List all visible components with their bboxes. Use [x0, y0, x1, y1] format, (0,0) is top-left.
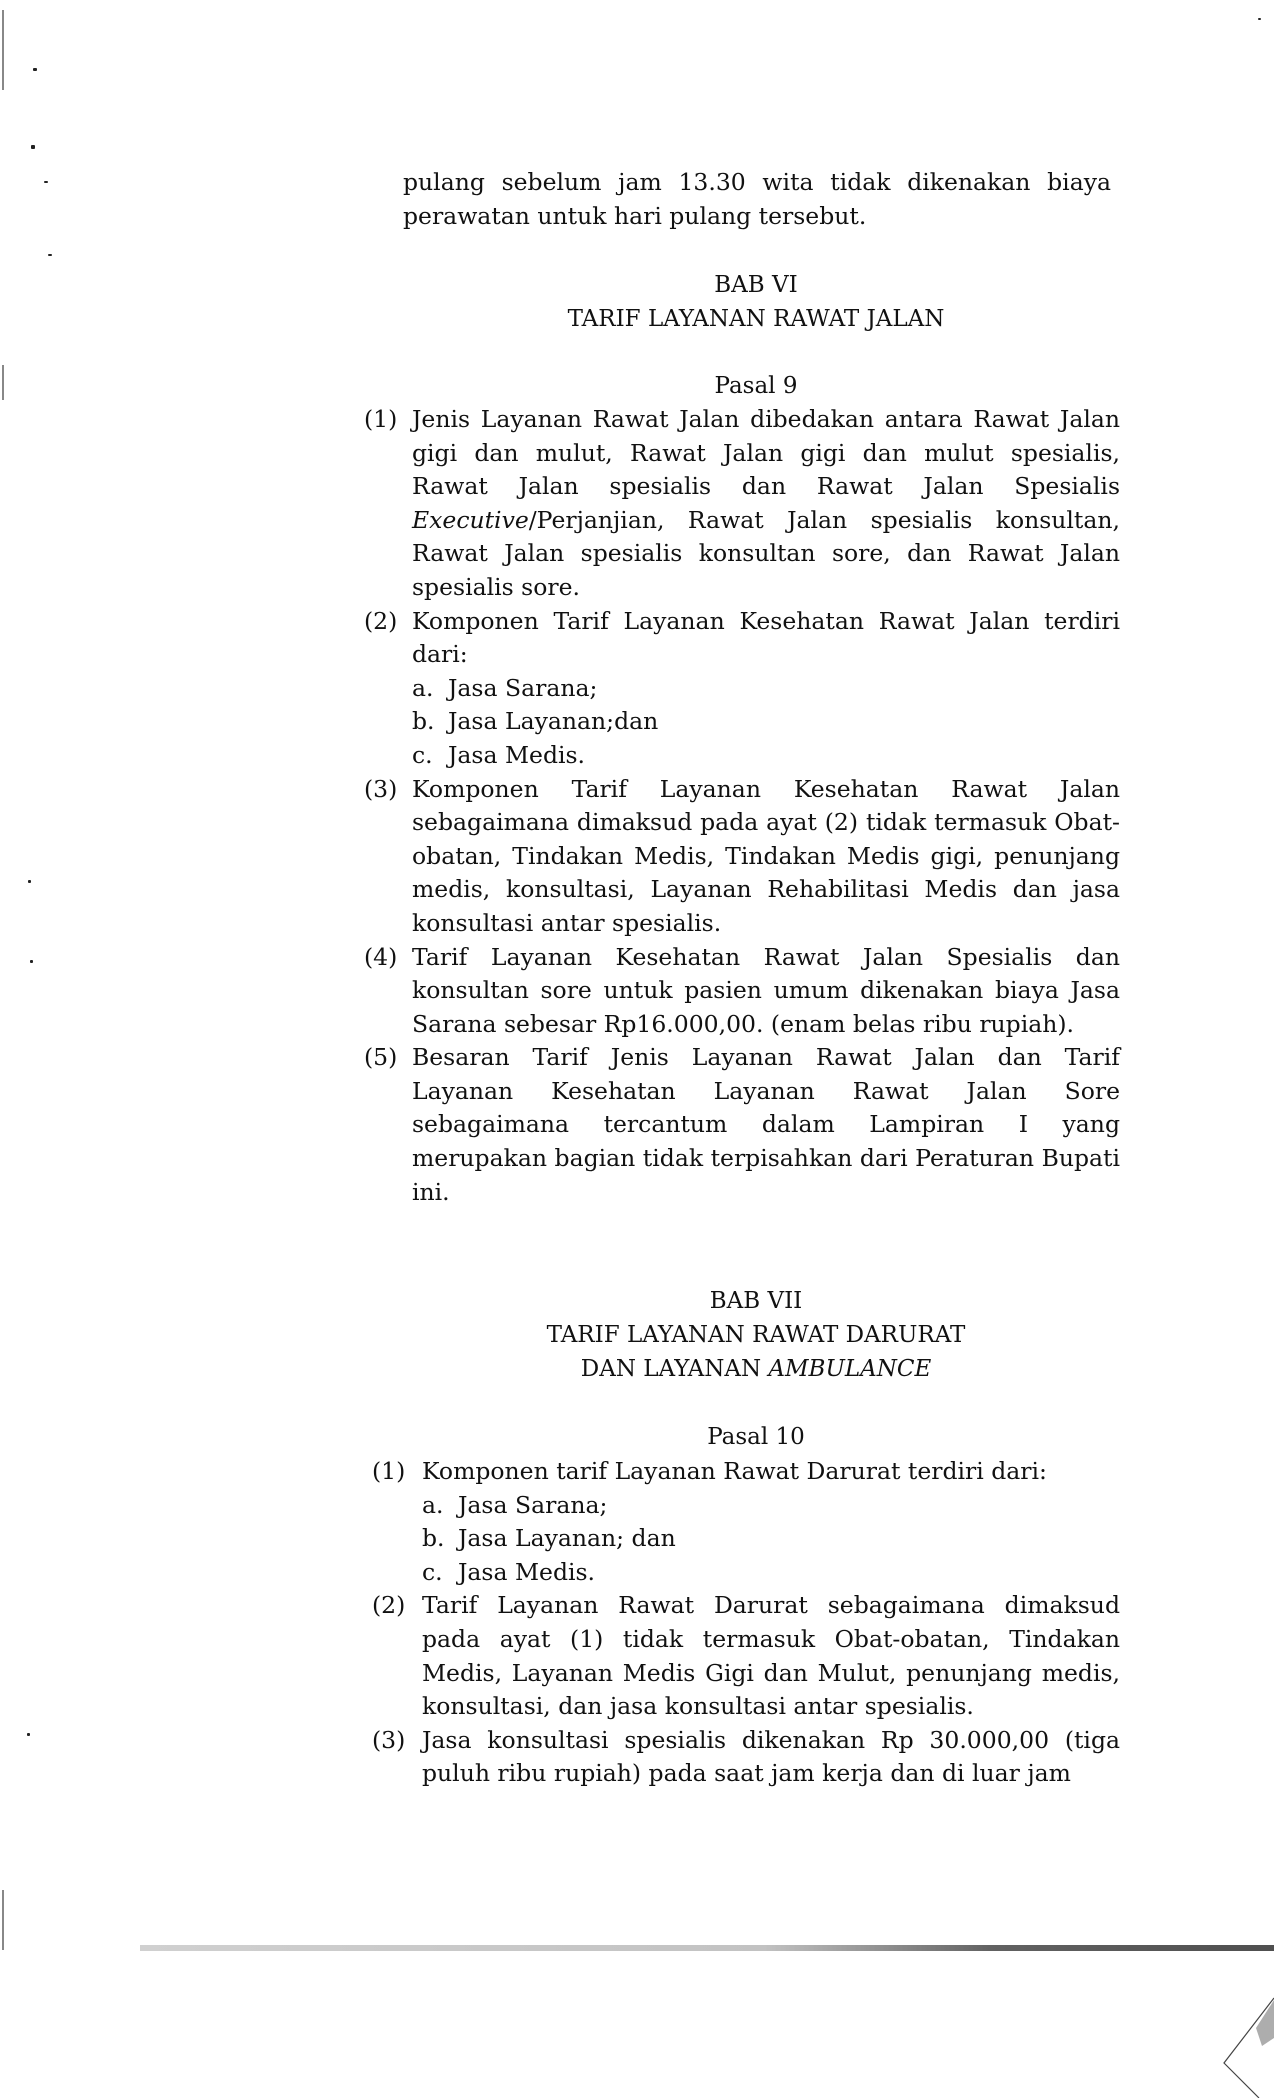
clause-number: (2): [372, 1589, 422, 1623]
article-10-clauses: (1) Komponen tarif Layanan Rawat Darurat…: [372, 1455, 1120, 1791]
sub-item: c. Jasa Medis.: [422, 1556, 1120, 1590]
sub-item-text: Jasa Sarana;: [448, 672, 597, 706]
page-corner-fold-icon: [1214, 1988, 1274, 2098]
clause: (2) Tarif Layanan Rawat Darurat sebagaim…: [372, 1589, 1120, 1723]
clause-number: (3): [372, 1724, 422, 1758]
sub-item-letter: c.: [412, 739, 448, 773]
scan-speck: [31, 145, 35, 149]
clause-body: Komponen tarif Layanan Rawat Darurat ter…: [422, 1455, 1120, 1589]
clause-number: (1): [372, 1455, 422, 1489]
scan-speck: [33, 68, 37, 71]
sub-item-text: Jasa Medis.: [448, 739, 585, 773]
sub-item: b. Jasa Layanan; dan: [422, 1522, 1120, 1556]
sub-item-letter: a.: [422, 1489, 458, 1523]
clause-text: Komponen Tarif Layanan Kesehatan Rawat J…: [412, 773, 1120, 941]
scan-speck: [27, 1733, 30, 1736]
sub-item: c. Jasa Medis.: [412, 739, 1120, 773]
chapter-number: BAB VII: [400, 1284, 1112, 1318]
clause-number: (4): [364, 941, 412, 975]
sub-item: a. Jasa Sarana;: [422, 1489, 1120, 1523]
article-heading: Pasal 9: [400, 369, 1112, 403]
clause-body: Komponen Tarif Layanan Kesehatan Rawat J…: [412, 605, 1120, 773]
sub-item-letter: c.: [422, 1556, 458, 1590]
scan-speck: [1258, 18, 1261, 20]
clause: (1) Komponen tarif Layanan Rawat Darurat…: [372, 1455, 1120, 1589]
chapter-title-text: DAN LAYANAN: [581, 1356, 769, 1382]
sub-item-letter: a.: [412, 672, 448, 706]
clause-number: (5): [364, 1041, 412, 1075]
clause: (5) Besaran Tarif Jenis Layanan Rawat Ja…: [364, 1041, 1120, 1209]
sub-item-text: Jasa Layanan;dan: [448, 705, 658, 739]
article-heading: Pasal 10: [400, 1420, 1112, 1454]
clause-text: Komponen Tarif Layanan Kesehatan Rawat J…: [412, 605, 1120, 672]
clause-text: Jasa konsultasi spesialis dikenakan Rp 3…: [422, 1724, 1120, 1791]
scan-speck: [30, 960, 33, 963]
sub-item-text: Jasa Layanan; dan: [458, 1522, 676, 1556]
scan-edge-mark: [2, 365, 4, 400]
chapter-number: BAB VI: [400, 268, 1112, 302]
scan-speck: [44, 181, 48, 183]
clause-text: Komponen tarif Layanan Rawat Darurat ter…: [422, 1455, 1120, 1489]
clause-text: Besaran Tarif Jenis Layanan Rawat Jalan …: [412, 1041, 1120, 1209]
sub-item-text: Jasa Medis.: [458, 1556, 595, 1590]
chapter-title-italic: AMBULANCE: [768, 1356, 931, 1382]
chapter-title: TARIF LAYANAN RAWAT JALAN: [400, 302, 1112, 336]
scan-speck: [28, 880, 31, 883]
sub-item-text: Jasa Sarana;: [458, 1489, 607, 1523]
clause-text: Jenis Layanan Rawat Jalan dibedakan anta…: [412, 403, 1120, 605]
scan-edge-mark: [2, 10, 4, 90]
clause-text: Tarif Layanan Rawat Darurat sebagaimana …: [422, 1589, 1120, 1723]
clause: (3) Komponen Tarif Layanan Kesehatan Raw…: [364, 773, 1120, 941]
sub-item: a. Jasa Sarana;: [412, 672, 1120, 706]
clause-number: (1): [364, 403, 412, 437]
clause-text-italic: Executive: [412, 506, 529, 534]
clause-text-part: Jenis Layanan Rawat Jalan dibedakan anta…: [412, 405, 1120, 500]
scan-edge-mark: [2, 1890, 4, 1950]
clause-number: (3): [364, 773, 412, 807]
sub-item-letter: b.: [422, 1522, 458, 1556]
scan-speck: [48, 254, 52, 256]
article-9-clauses: (1) Jenis Layanan Rawat Jalan dibedakan …: [364, 403, 1120, 1209]
sub-item-letter: b.: [412, 705, 448, 739]
continuation-paragraph: pulang sebelum jam 13.30 wita tidak dike…: [403, 166, 1111, 233]
clause: (4) Tarif Layanan Kesehatan Rawat Jalan …: [364, 941, 1120, 1042]
clause-text: Tarif Layanan Kesehatan Rawat Jalan Spes…: [412, 941, 1120, 1042]
scanned-document-page: pulang sebelum jam 13.30 wita tidak dike…: [0, 0, 1274, 2098]
clause: (1) Jenis Layanan Rawat Jalan dibedakan …: [364, 403, 1120, 605]
clause: (3) Jasa konsultasi spesialis dikenakan …: [372, 1724, 1120, 1791]
clause-number: (2): [364, 605, 412, 639]
sub-item: b. Jasa Layanan;dan: [412, 705, 1120, 739]
clause: (2) Komponen Tarif Layanan Kesehatan Raw…: [364, 605, 1120, 773]
chapter-title-line-2: DAN LAYANAN AMBULANCE: [400, 1352, 1112, 1386]
chapter-title-line-1: TARIF LAYANAN RAWAT DARURAT: [400, 1318, 1112, 1352]
scan-line-artifact: [140, 1945, 1274, 1951]
